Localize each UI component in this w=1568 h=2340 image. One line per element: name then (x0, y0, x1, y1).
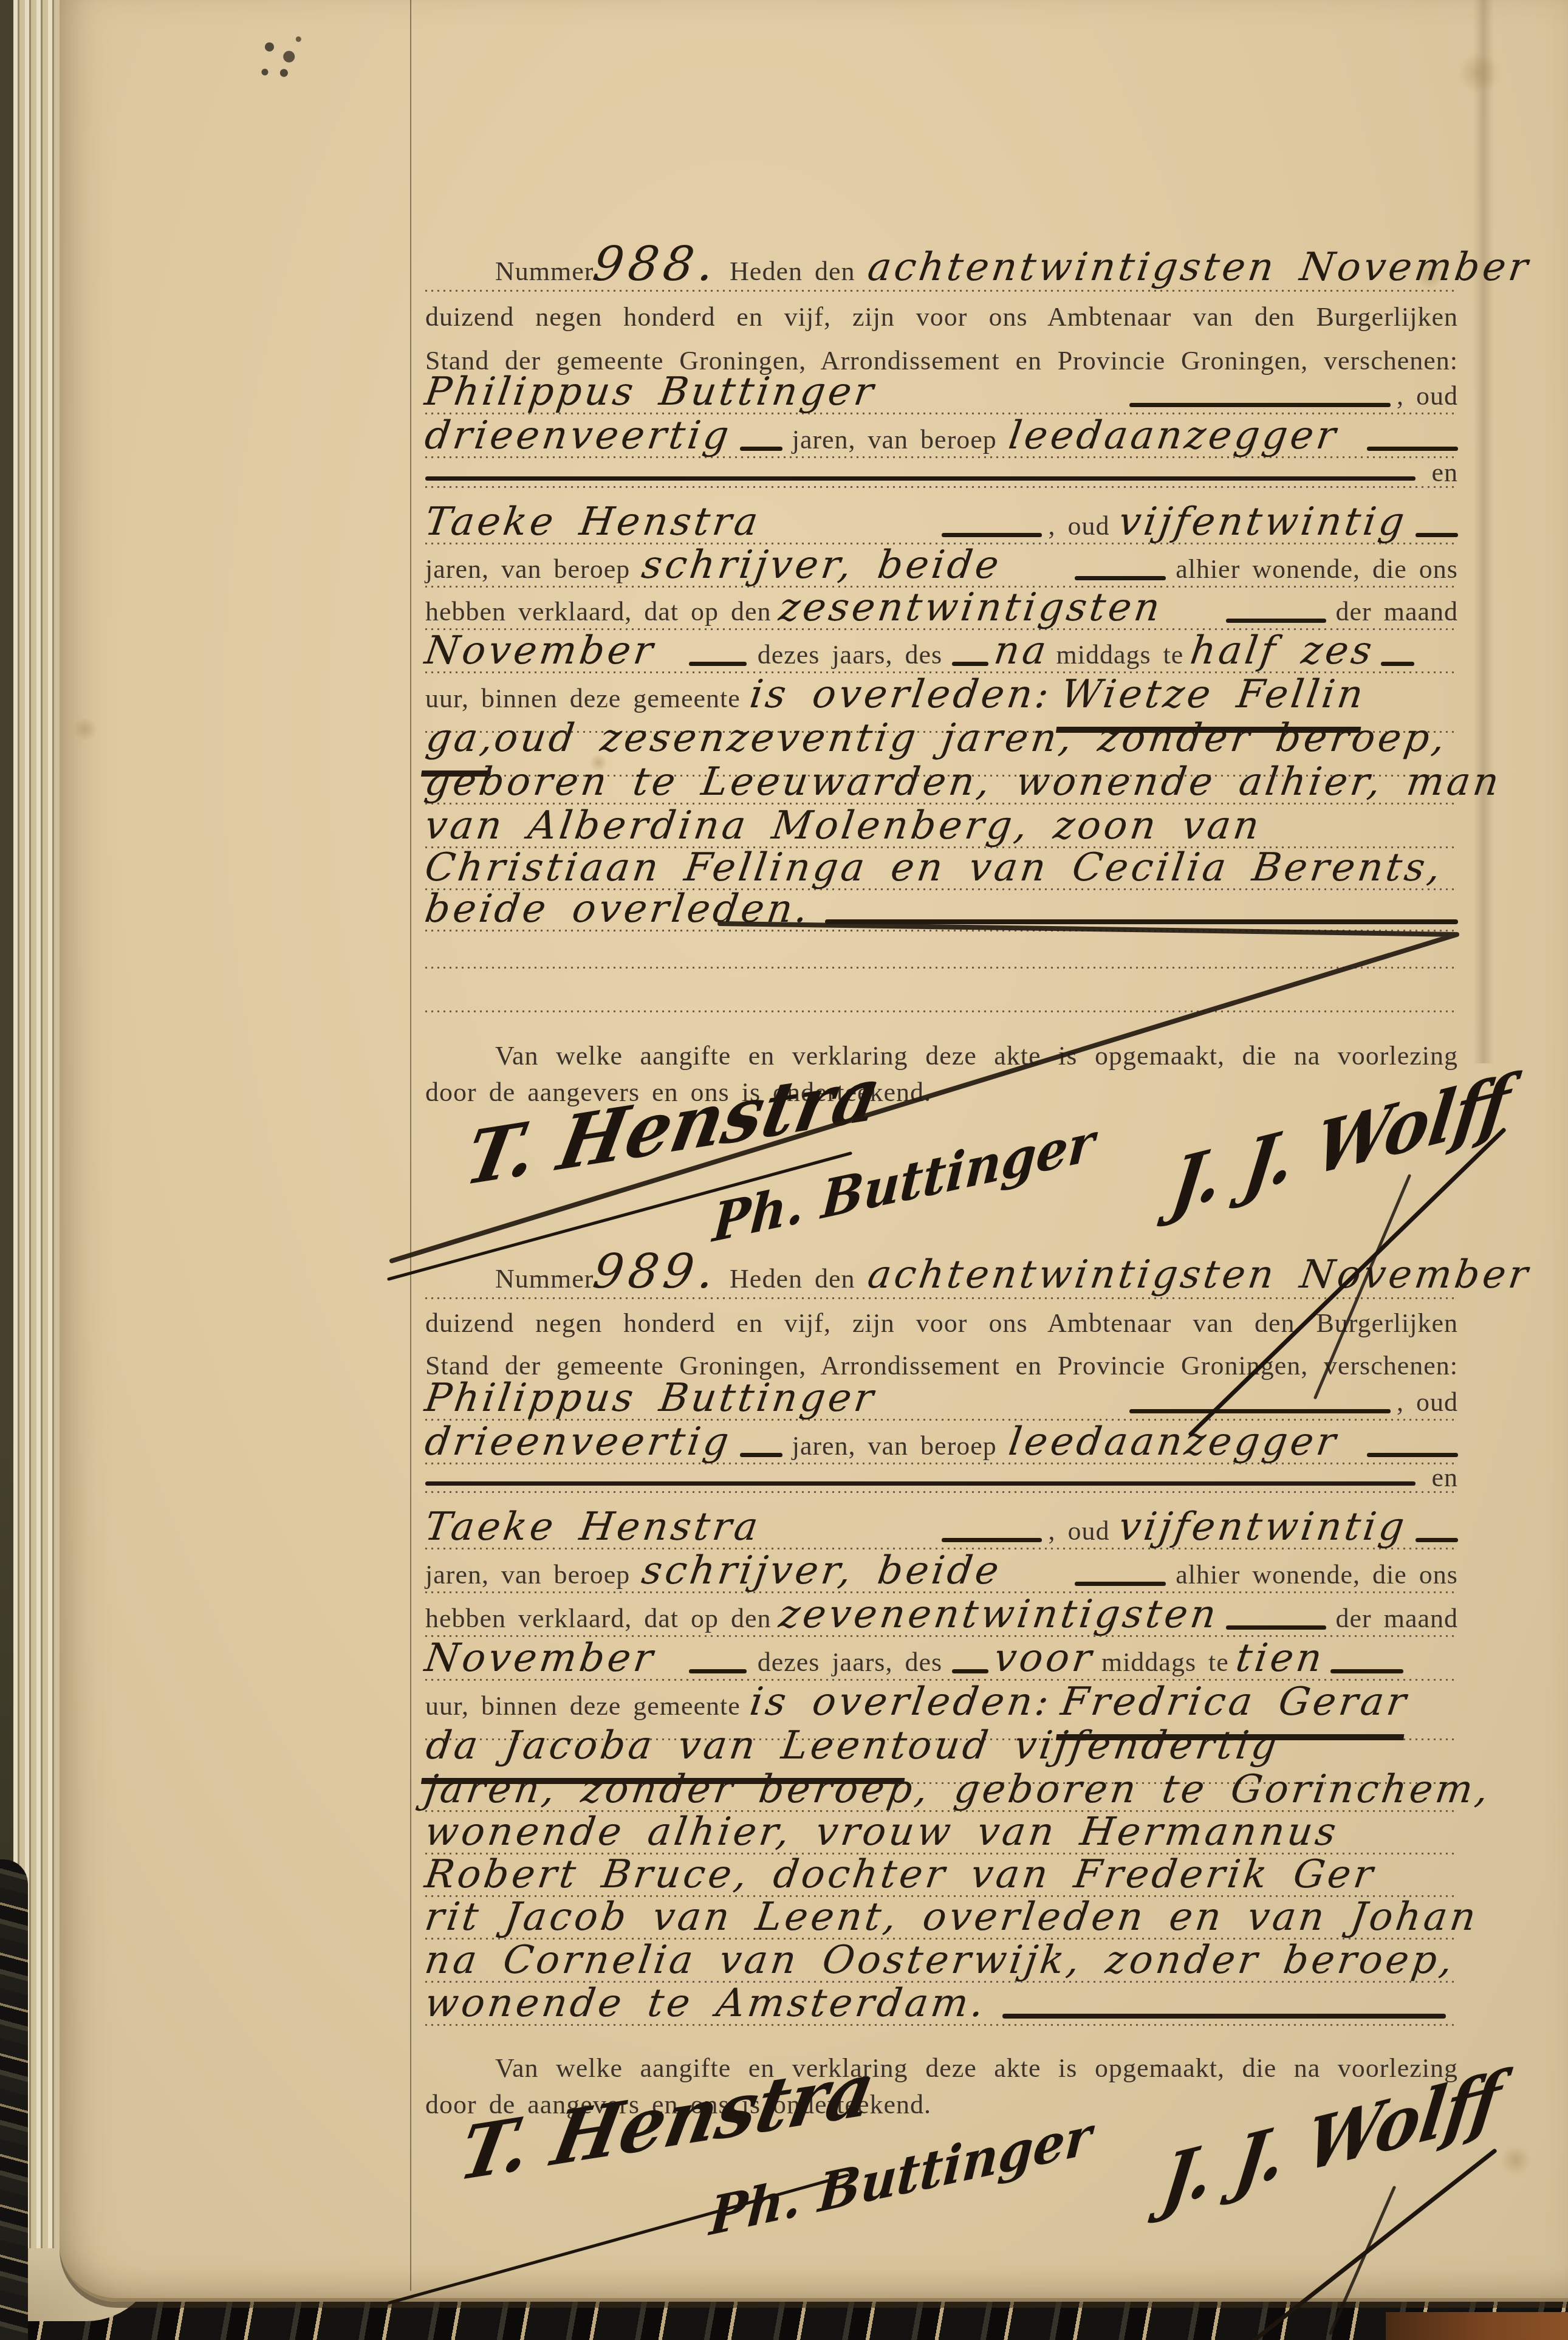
declarant1-name-hand: Philippus Buttinger (422, 369, 879, 414)
act989-body-line2: jaren, zonder beroep, geboren te Gorinch… (425, 1767, 1458, 1812)
date-hand: achtentwintigsten November (865, 1252, 1533, 1297)
act989-body-line7: wonende te Amsterdam. (425, 1981, 1458, 2026)
act-number-hand: 988. (590, 237, 722, 292)
oud-label: , oud (1048, 510, 1109, 541)
alhier-label: alhier wonende, die ons (1176, 1559, 1458, 1590)
marbled-cover-strip (0, 1859, 28, 2340)
act988-declarant2-row: Taeke Henstra , oud vijfentwintig (425, 499, 1458, 544)
act988-month-hour-row: November dezes jaars, des na middags te … (425, 628, 1458, 673)
beroep-label: jaren, van beroep (425, 554, 630, 585)
act988-number-row: Nummer 988. Heden den achtentwintigsten … (425, 237, 1458, 292)
en-label: en (1431, 457, 1458, 488)
declarant1-name-hand: Philippus Buttinger (422, 1376, 879, 1421)
foxing-spot (1501, 2145, 1531, 2175)
act988-declarant1-row: Philippus Buttinger , oud (425, 369, 1458, 414)
middags-label: middags te (1101, 1647, 1229, 1678)
verklaard-label: hebben verklaard, dat op den (425, 596, 771, 627)
death-day-hand: zevenentwintigsten (776, 1592, 1222, 1637)
beroep-label: jaren, van beroep (792, 424, 997, 455)
alhier-label: alhier wonende, die ons (1176, 554, 1458, 585)
declarant1-age-hand: drieenveertig (422, 413, 734, 458)
act988-death-day-row: hebben verklaard, dat op den zesentwinti… (425, 585, 1458, 630)
act989-body-line4: Robert Bruce, dochter van Frederik Ger (425, 1852, 1458, 1897)
act989-death-day-row: hebben verklaard, dat op den zevenentwin… (425, 1592, 1458, 1637)
act988-blank-line2 (425, 992, 1458, 1012)
declarant1-age-hand: drieenveertig (422, 1419, 734, 1464)
daypart-hand: na (991, 628, 1052, 673)
en-label: en (1431, 1462, 1458, 1493)
act989-body-line6: na Cornelia van Oosterwijk, zonder beroe… (425, 1938, 1458, 1983)
declarant1-occupation-hand: leedaanzegger (1006, 1419, 1341, 1464)
act989-number-row: Nummer 989. Heden den achtentwintigsten … (425, 1244, 1458, 1299)
beroep-label: jaren, van beroep (425, 1559, 630, 1590)
uur-label: uur, binnen deze gemeente (425, 683, 741, 714)
declarant2-name-hand: Taeke Henstra (422, 1505, 764, 1549)
heden-den-label: Heden den (730, 1263, 855, 1294)
month-hand: November (422, 628, 659, 673)
der-maand-label: der maand (1336, 1603, 1458, 1634)
dezes-jaars-label: dezes jaars, des (758, 639, 942, 670)
overleden-hand: is overleden: (747, 672, 1055, 717)
act989-body-line3: wonende alhier, vrouw van Hermannus (425, 1810, 1458, 1855)
hour-hand: tien (1233, 1636, 1328, 1681)
declarant2-age-hand: vijfentwintig (1116, 499, 1410, 544)
margin-rule (410, 0, 411, 2291)
verklaard-label: hebben verklaard, dat op den (425, 1603, 771, 1634)
number-label: Nummer (495, 1263, 594, 1294)
act988-body-line3: van Alberdina Molenberg, zoon van (425, 803, 1458, 848)
date-hand: achtentwintigsten November (865, 245, 1533, 290)
hour-hand: half zes (1188, 628, 1378, 673)
der-maand-label: der maand (1336, 596, 1458, 627)
act989-month-hour-row: November dezes jaars, des voor middags t… (425, 1636, 1458, 1681)
middags-label: middags te (1056, 639, 1183, 670)
act989-en-row: en (425, 1462, 1458, 1493)
act988-body-line4: Christiaan Fellinga en van Cecilia Beren… (425, 845, 1458, 890)
act988-body-line2: geboren te Leeuwarden, wonende alhier, m… (425, 760, 1458, 805)
register-book-photo: Nummer 988. Heden den achtentwintigsten … (0, 0, 1568, 2340)
act988-blank-line1 (425, 948, 1458, 969)
declarant1-occupation-hand: leedaanzegger (1006, 413, 1341, 458)
month-hand: November (422, 1636, 659, 1681)
oud-label: , oud (1397, 1387, 1458, 1418)
fold-crease (1473, 0, 1494, 1063)
act988-preprinted-line2: duizend negen honderd en vijf, zijn voor… (425, 301, 1458, 332)
heden-den-label: Heden den (730, 256, 855, 287)
marbled-page-edges (0, 2295, 1568, 2340)
act989-closing-line1: Van welke aangifte en verklaring deze ak… (425, 2053, 1458, 2084)
act989-declarant1-age-row: drieenveertig jaren, van beroep leedaanz… (425, 1419, 1458, 1464)
declarant2-age-hand: vijfentwintig (1116, 1505, 1410, 1549)
overleden-hand: is overleden: (747, 1680, 1055, 1724)
act989-declarant1-row: Philippus Buttinger , oud (425, 1376, 1458, 1421)
number-label: Nummer (495, 256, 594, 287)
death-day-hand: zesentwintigsten (776, 585, 1166, 630)
act988-body-line5: beide overleden. (425, 887, 1458, 932)
wood-table-corner (1386, 2312, 1568, 2340)
foxing-spot (1458, 52, 1501, 94)
foxing-spot (73, 717, 97, 741)
oud-label: , oud (1397, 380, 1458, 411)
act-number-hand: 989. (590, 1244, 722, 1299)
declarant2-occupation-hand: schrijver, beide (639, 1548, 1005, 1593)
act989-preprinted-line2: duizend negen honderd en vijf, zijn voor… (425, 1308, 1458, 1339)
declarant2-name-hand: Taeke Henstra (422, 499, 764, 544)
daypart-hand: voor (991, 1636, 1097, 1681)
declarant2-occupation-hand: schrijver, beide (639, 543, 1005, 588)
uur-label: uur, binnen deze gemeente (425, 1690, 741, 1721)
act989-declarant2-row: Taeke Henstra , oud vijfentwintig (425, 1505, 1458, 1549)
act988-declarant1-age-row: drieenveertig jaren, van beroep leedaanz… (425, 413, 1458, 458)
act988-declarant2-occ-row: jaren, van beroep schrijver, beide alhie… (425, 543, 1458, 588)
oud-label: , oud (1048, 1515, 1109, 1546)
act988-closing-line1: Van welke aangifte en verklaring deze ak… (425, 1040, 1458, 1071)
dezes-jaars-label: dezes jaars, des (758, 1647, 942, 1678)
act989-body-line5: rit Jacob van Leent, overleden en van Jo… (425, 1895, 1458, 1940)
act989-declarant2-occ-row: jaren, van beroep schrijver, beide alhie… (425, 1548, 1458, 1593)
act988-en-row: en (425, 457, 1458, 488)
beroep-label: jaren, van beroep (792, 1430, 997, 1461)
